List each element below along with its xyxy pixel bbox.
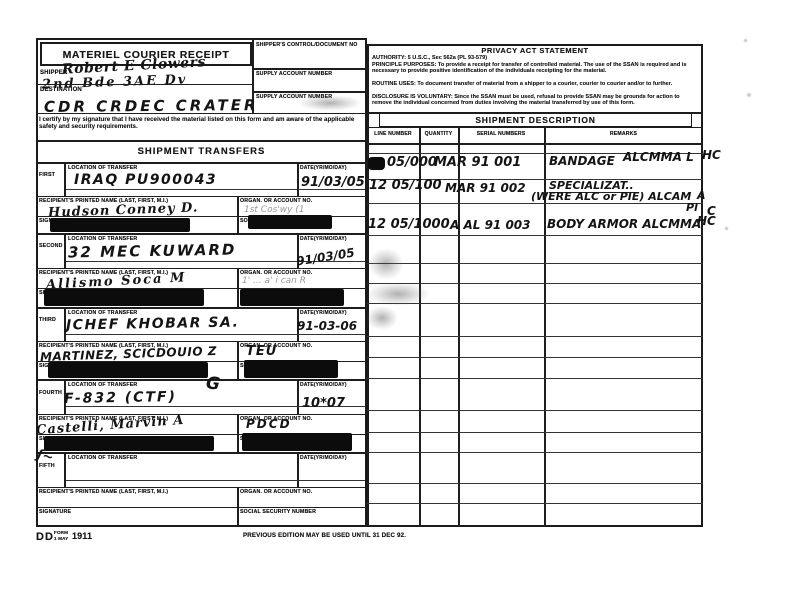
ordinal-first: FIRST <box>39 172 55 178</box>
table-row-line <box>367 203 703 204</box>
ink-smudge <box>298 95 362 111</box>
entry-r1-remarks-a: BANDAGE <box>549 154 615 168</box>
date-label: DATE(YR/MO/DAY) <box>300 455 347 461</box>
divider <box>36 307 367 309</box>
divider <box>64 233 66 268</box>
ssn-redaction-bar <box>240 289 344 306</box>
entry-r4-overflow: HC <box>697 214 716 228</box>
col-serial-numbers: SERIAL NUMBERS <box>458 131 544 137</box>
ink-blot <box>368 157 385 170</box>
divider <box>36 84 252 85</box>
organ-value-3: TEU <box>246 344 277 359</box>
entry-r3-tail-a: A <box>697 189 706 202</box>
table-column-line <box>544 127 546 527</box>
signature-redaction-bar <box>44 289 204 306</box>
stray-pen-mark: G <box>205 373 221 394</box>
certification-text: I certify by my signature that I have re… <box>39 116 361 130</box>
shipment-transfers-title: SHIPMENT TRANSFERS <box>36 146 367 157</box>
divider <box>252 68 367 70</box>
entry-r4-remarks: BODY ARMOR ALCMMA <box>547 217 701 231</box>
organ-value-4: PDCD <box>246 417 292 431</box>
date-label: DATE(YR/MO/DAY) <box>300 165 347 171</box>
date-value-4: 10*07 <box>302 396 345 411</box>
organ-value-1: 1st Cos'wy (1 <box>244 205 305 215</box>
ssn-redaction-bar <box>244 360 338 378</box>
divider <box>36 140 367 142</box>
date-label: DATE(YR/MO/DAY) <box>300 236 347 242</box>
form-dd: DD <box>36 531 54 543</box>
form-edition-date: 1 MAY <box>54 536 68 541</box>
signature-redaction-bar <box>48 362 208 378</box>
write-line <box>66 480 365 481</box>
table-row-line <box>367 263 703 264</box>
table-row-line <box>367 410 703 411</box>
privacy-purposes: PRINCIPLE PURPOSES: To provide a receipt… <box>372 62 698 75</box>
divider <box>64 162 66 196</box>
privacy-disclosure: DISCLOSURE IS VOLUNTARY: Since the SSAN … <box>372 94 698 107</box>
table-row-line <box>367 235 703 236</box>
col-quantity: QUANTITY <box>419 131 458 137</box>
entry-r4-serial: A AL 91 003 <box>450 218 531 232</box>
divider <box>36 233 367 235</box>
organ-label: ORGAN. OR ACCOUNT NO. <box>240 489 312 495</box>
write-line <box>66 334 365 335</box>
col-line-number: LINE NUMBER <box>367 131 419 137</box>
table-row-line <box>367 432 703 433</box>
divider <box>36 113 367 114</box>
location-value-1: IRAQ PU900043 <box>74 172 217 188</box>
table-row-line <box>367 378 703 379</box>
scan-smudge <box>366 306 398 330</box>
scan-smudge <box>366 282 430 306</box>
organ-value-2: 1' ... a' i can R <box>242 276 306 286</box>
date-label: DATE(YR/MO/DAY) <box>300 382 347 388</box>
ssn-redaction-bar <box>248 215 332 229</box>
privacy-authority: AUTHORITY: 5 U.S.C., Sec 562a (PL 93-579… <box>372 55 698 61</box>
form-word: FORM <box>54 530 68 535</box>
form-number: 1911 <box>72 531 92 541</box>
control-number-label: SHIPPER'S CONTROL/DOCUMENT NO <box>256 42 358 48</box>
entry-r1-remarks-b: ALCMMA L <box>623 150 694 164</box>
divider <box>237 414 239 452</box>
location-label: LOCATION OF TRANSFER <box>68 455 137 461</box>
divider <box>237 341 239 379</box>
location-label: LOCATION OF TRANSFER <box>68 165 137 171</box>
privacy-routine-uses: ROUTINE USES: To document transfer of ma… <box>372 81 698 87</box>
ssn-redaction-bar <box>242 433 352 451</box>
location-value-3: JCHEF KHOBAR SA. <box>66 314 240 333</box>
entry-r2-line: 12 05/100 <box>369 178 442 193</box>
scanned-courier-receipt-form: MATERIEL COURIER RECEIPT SHIPPER'S CONTR… <box>0 0 792 611</box>
date-value-3: 91-03-06 <box>297 319 357 333</box>
location-value-2: 32 MEC KUWARD <box>68 241 237 262</box>
divider <box>36 379 367 381</box>
table-row-line <box>367 503 703 504</box>
ordinal-fourth: FOURTH <box>39 390 62 396</box>
divider <box>64 452 66 487</box>
organ-label: ORGAN. OR ACCOUNT NO. <box>240 198 312 204</box>
destination-label: DESTINATION <box>40 87 82 93</box>
ordinal-third: THIRD <box>39 317 56 323</box>
scan-smudge <box>368 248 404 280</box>
divider <box>36 452 367 454</box>
privacy-act-title: PRIVACY ACT STATEMENT <box>367 46 703 55</box>
divider <box>297 452 299 487</box>
divider <box>237 196 239 233</box>
entry-r2-serial: MAR 91 002 <box>445 181 526 195</box>
scan-speck <box>743 38 748 43</box>
location-label: LOCATION OF TRANSFER <box>68 236 137 242</box>
entry-r1-overflow: HC <box>702 148 721 162</box>
col-remarks: REMARKS <box>544 131 703 137</box>
entry-r4-line: 12 05/1000 <box>368 217 450 232</box>
divider <box>36 507 367 508</box>
entry-r3-remarks: (WERE ALC or PIE) ALCAM <box>531 190 691 203</box>
scan-speck <box>724 226 729 231</box>
table-row-line <box>367 336 703 337</box>
location-label: LOCATION OF TRANSFER <box>68 382 137 388</box>
date-label: DATE(YR/MO/DAY) <box>300 310 347 316</box>
divider <box>252 91 367 93</box>
divider <box>297 162 299 196</box>
entry-r1-serial: MAR 91 001 <box>434 155 521 170</box>
table-row-line <box>367 483 703 484</box>
entry-r1-qty: 05/000 <box>387 155 437 170</box>
divider <box>367 143 703 145</box>
recipient-name-label: RECIPIENT'S PRINTED NAME (LAST, FIRST, M… <box>39 489 168 495</box>
ordinal-second: SECOND <box>39 243 63 249</box>
divider <box>367 127 703 128</box>
table-row-line <box>367 357 703 358</box>
scan-speck <box>746 92 752 98</box>
divider <box>36 162 367 164</box>
divider <box>297 379 299 414</box>
location-value-4: F-832 (CTF) <box>64 389 177 407</box>
table-row-line <box>367 452 703 453</box>
shipment-description-title: SHIPMENT DESCRIPTION <box>379 115 692 125</box>
date-value-1: 91/03/05 <box>301 175 365 190</box>
supply-account-label-1: SUPPLY ACCOUNT NUMBER <box>256 71 332 77</box>
signature-redaction-bar <box>44 436 214 451</box>
entry-r3-tail-b: Pl <box>686 201 698 214</box>
signature-redaction-bar <box>50 218 190 232</box>
ssn-label: SOCIAL SECURITY NUMBER <box>240 509 316 515</box>
previous-edition-note: PREVIOUS EDITION MAY BE USED UNTIL 31 DE… <box>243 532 406 539</box>
location-label: LOCATION OF TRANSFER <box>68 310 137 316</box>
signature-label: SIGNATURE <box>39 509 71 515</box>
